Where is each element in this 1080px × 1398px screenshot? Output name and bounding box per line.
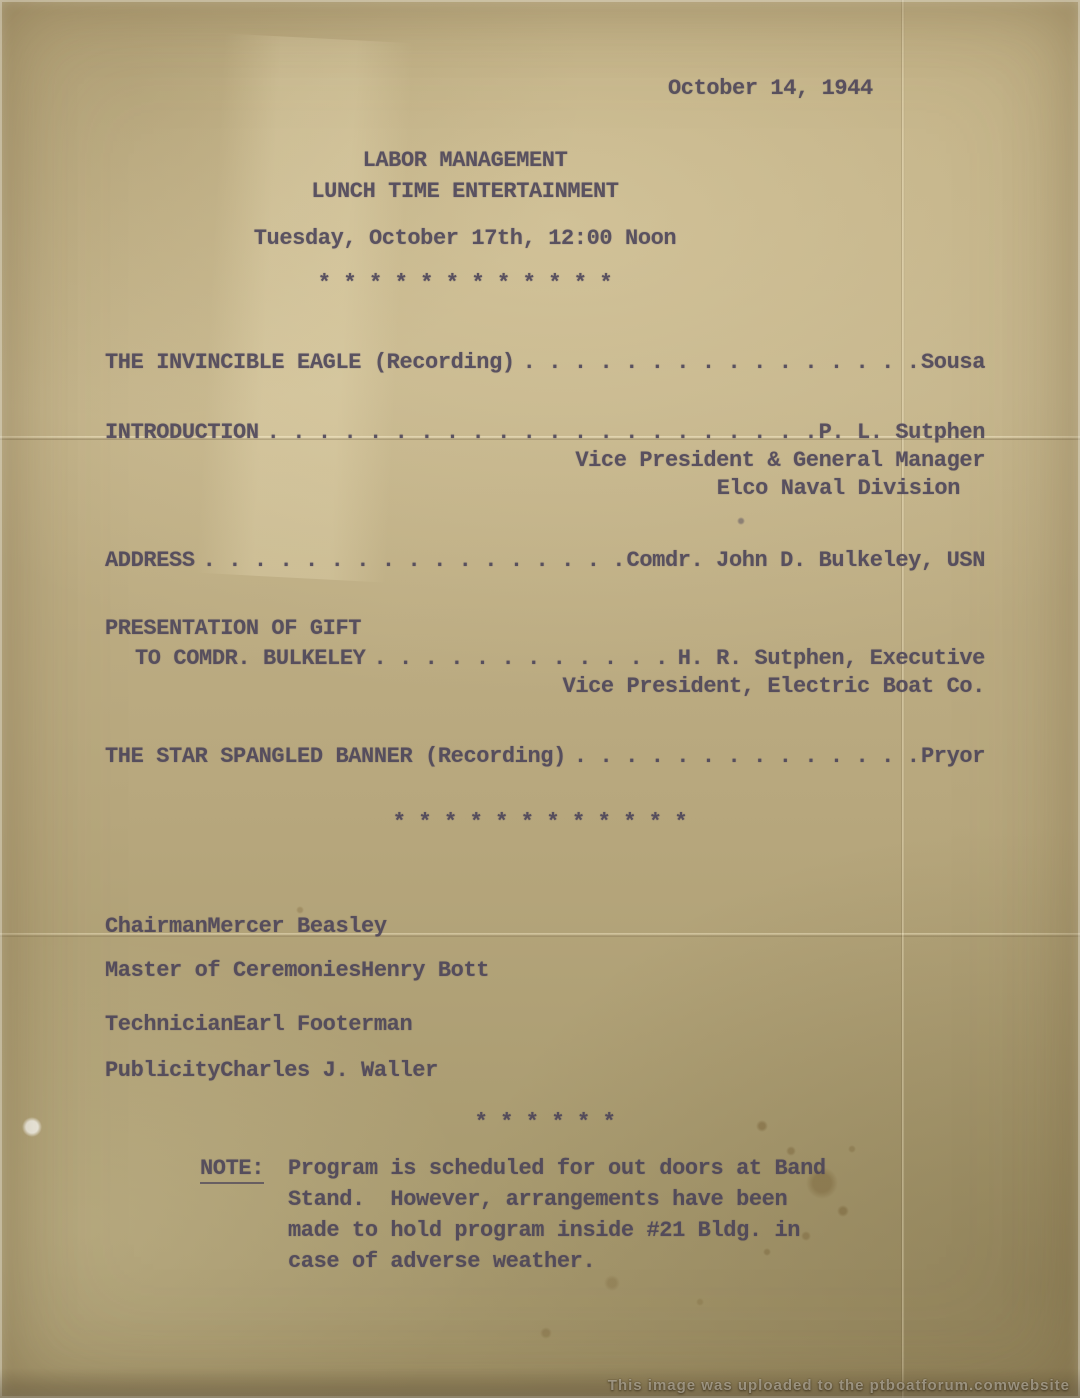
staff-row-master-of-ceremonies: Master of Ceremonies Henry Bott (105, 958, 988, 983)
staff-name: Mercer Beasley (207, 914, 386, 939)
program-item-credit: P. L. Sutphen (819, 420, 985, 445)
credit-subline: Vice President & General Manager (575, 448, 985, 473)
program-item-invincible-eagle: THE INVINCIBLE EAGLE (Recording) . . . .… (105, 350, 985, 375)
program-item-credit: H. R. Sutphen, Executive (678, 646, 985, 671)
title-line-1: LABOR MANAGEMENT (0, 148, 930, 173)
staff-role: Publicity (105, 1058, 220, 1083)
program-item-title: INTRODUCTION (105, 420, 259, 445)
dot-leader: . . . . . . . . . . . . . . . . . . . . … (566, 744, 921, 769)
program-item-title: THE INVINCIBLE EAGLE (Recording) (105, 350, 515, 375)
program-item-title: THE STAR SPANGLED BANNER (Recording) (105, 744, 566, 769)
staff-role: Chairman (105, 914, 207, 939)
dot-leader: . . . . . . . . . . . . . . . . . . . . … (365, 646, 677, 671)
credit-subline: Vice President, Electric Boat Co. (563, 674, 985, 699)
dot-leader: . . . . . . . . . . . . . . . . . . . . … (259, 420, 819, 445)
watermark-bar: This image was uploaded to the ptboatfor… (0, 1368, 1080, 1398)
asterisk-divider-1: * * * * * * * * * * * * (0, 271, 930, 296)
staff-name: Charles J. Waller (220, 1058, 438, 1083)
staff-name: Henry Bott (361, 958, 489, 983)
staff-role: Technician (105, 1012, 233, 1037)
note-line-4: case of adverse weather. (288, 1249, 595, 1274)
program-item-address: ADDRESS . . . . . . . . . . . . . . . . … (105, 548, 985, 573)
asterisk-divider-3: * * * * * * (80, 1110, 1010, 1135)
note-line-2: Stand. However, arrangements have been (288, 1187, 787, 1212)
document-date: October 14, 1944 (668, 76, 873, 101)
program-item-star-spangled-banner: THE STAR SPANGLED BANNER (Recording) . .… (105, 744, 985, 769)
staff-row-chairman: Chairman Mercer Beasley (105, 914, 988, 939)
staff-name: Earl Footerman (233, 1012, 412, 1037)
staff-row-technician: Technician Earl Footerman (105, 1012, 988, 1037)
program-item-title: PRESENTATION OF GIFT (105, 616, 361, 641)
program-item-credit: Pryor (921, 744, 985, 769)
watermark-text: This image was uploaded to the ptboatfor… (608, 1377, 1080, 1398)
staff-row-publicity: Publicity Charles J. Waller (105, 1058, 988, 1083)
dot-leader: . . . . . . . . . . . . . . . . . . . . … (195, 548, 627, 573)
title-line-2: LUNCH TIME ENTERTAINMENT (0, 179, 930, 204)
note-line-3: made to hold program inside #21 Bldg. in (288, 1218, 800, 1243)
program-item-introduction: INTRODUCTION . . . . . . . . . . . . . .… (105, 420, 985, 445)
staff-role: Master of Ceremonies (105, 958, 361, 983)
program-item-presentation: TO COMDR. BULKELEY . . . . . . . . . . .… (105, 646, 985, 671)
scanned-program-document: October 14, 1944 LABOR MANAGEMENT LUNCH … (0, 0, 1080, 1398)
program-item-title: ADDRESS (105, 548, 195, 573)
program-item-credit: Sousa (921, 350, 985, 375)
program-item-title-line2: TO COMDR. BULKELEY (105, 646, 365, 671)
event-datetime: Tuesday, October 17th, 12:00 Noon (0, 226, 930, 251)
asterisk-divider-2: * * * * * * * * * * * * (75, 810, 1005, 835)
note-label: NOTE: (200, 1156, 264, 1184)
program-item-credit: Comdr. John D. Bulkeley, USN (627, 548, 985, 573)
dot-leader: . . . . . . . . . . . . . . . . . . . . … (515, 350, 921, 375)
typewritten-layer: October 14, 1944 LABOR MANAGEMENT LUNCH … (0, 0, 1080, 1398)
credit-subline: Elco Naval Division (717, 476, 960, 501)
note-line-1: Program is scheduled for out doors at Ba… (288, 1156, 826, 1181)
title-block: LABOR MANAGEMENT LUNCH TIME ENTERTAINMEN… (0, 148, 930, 204)
